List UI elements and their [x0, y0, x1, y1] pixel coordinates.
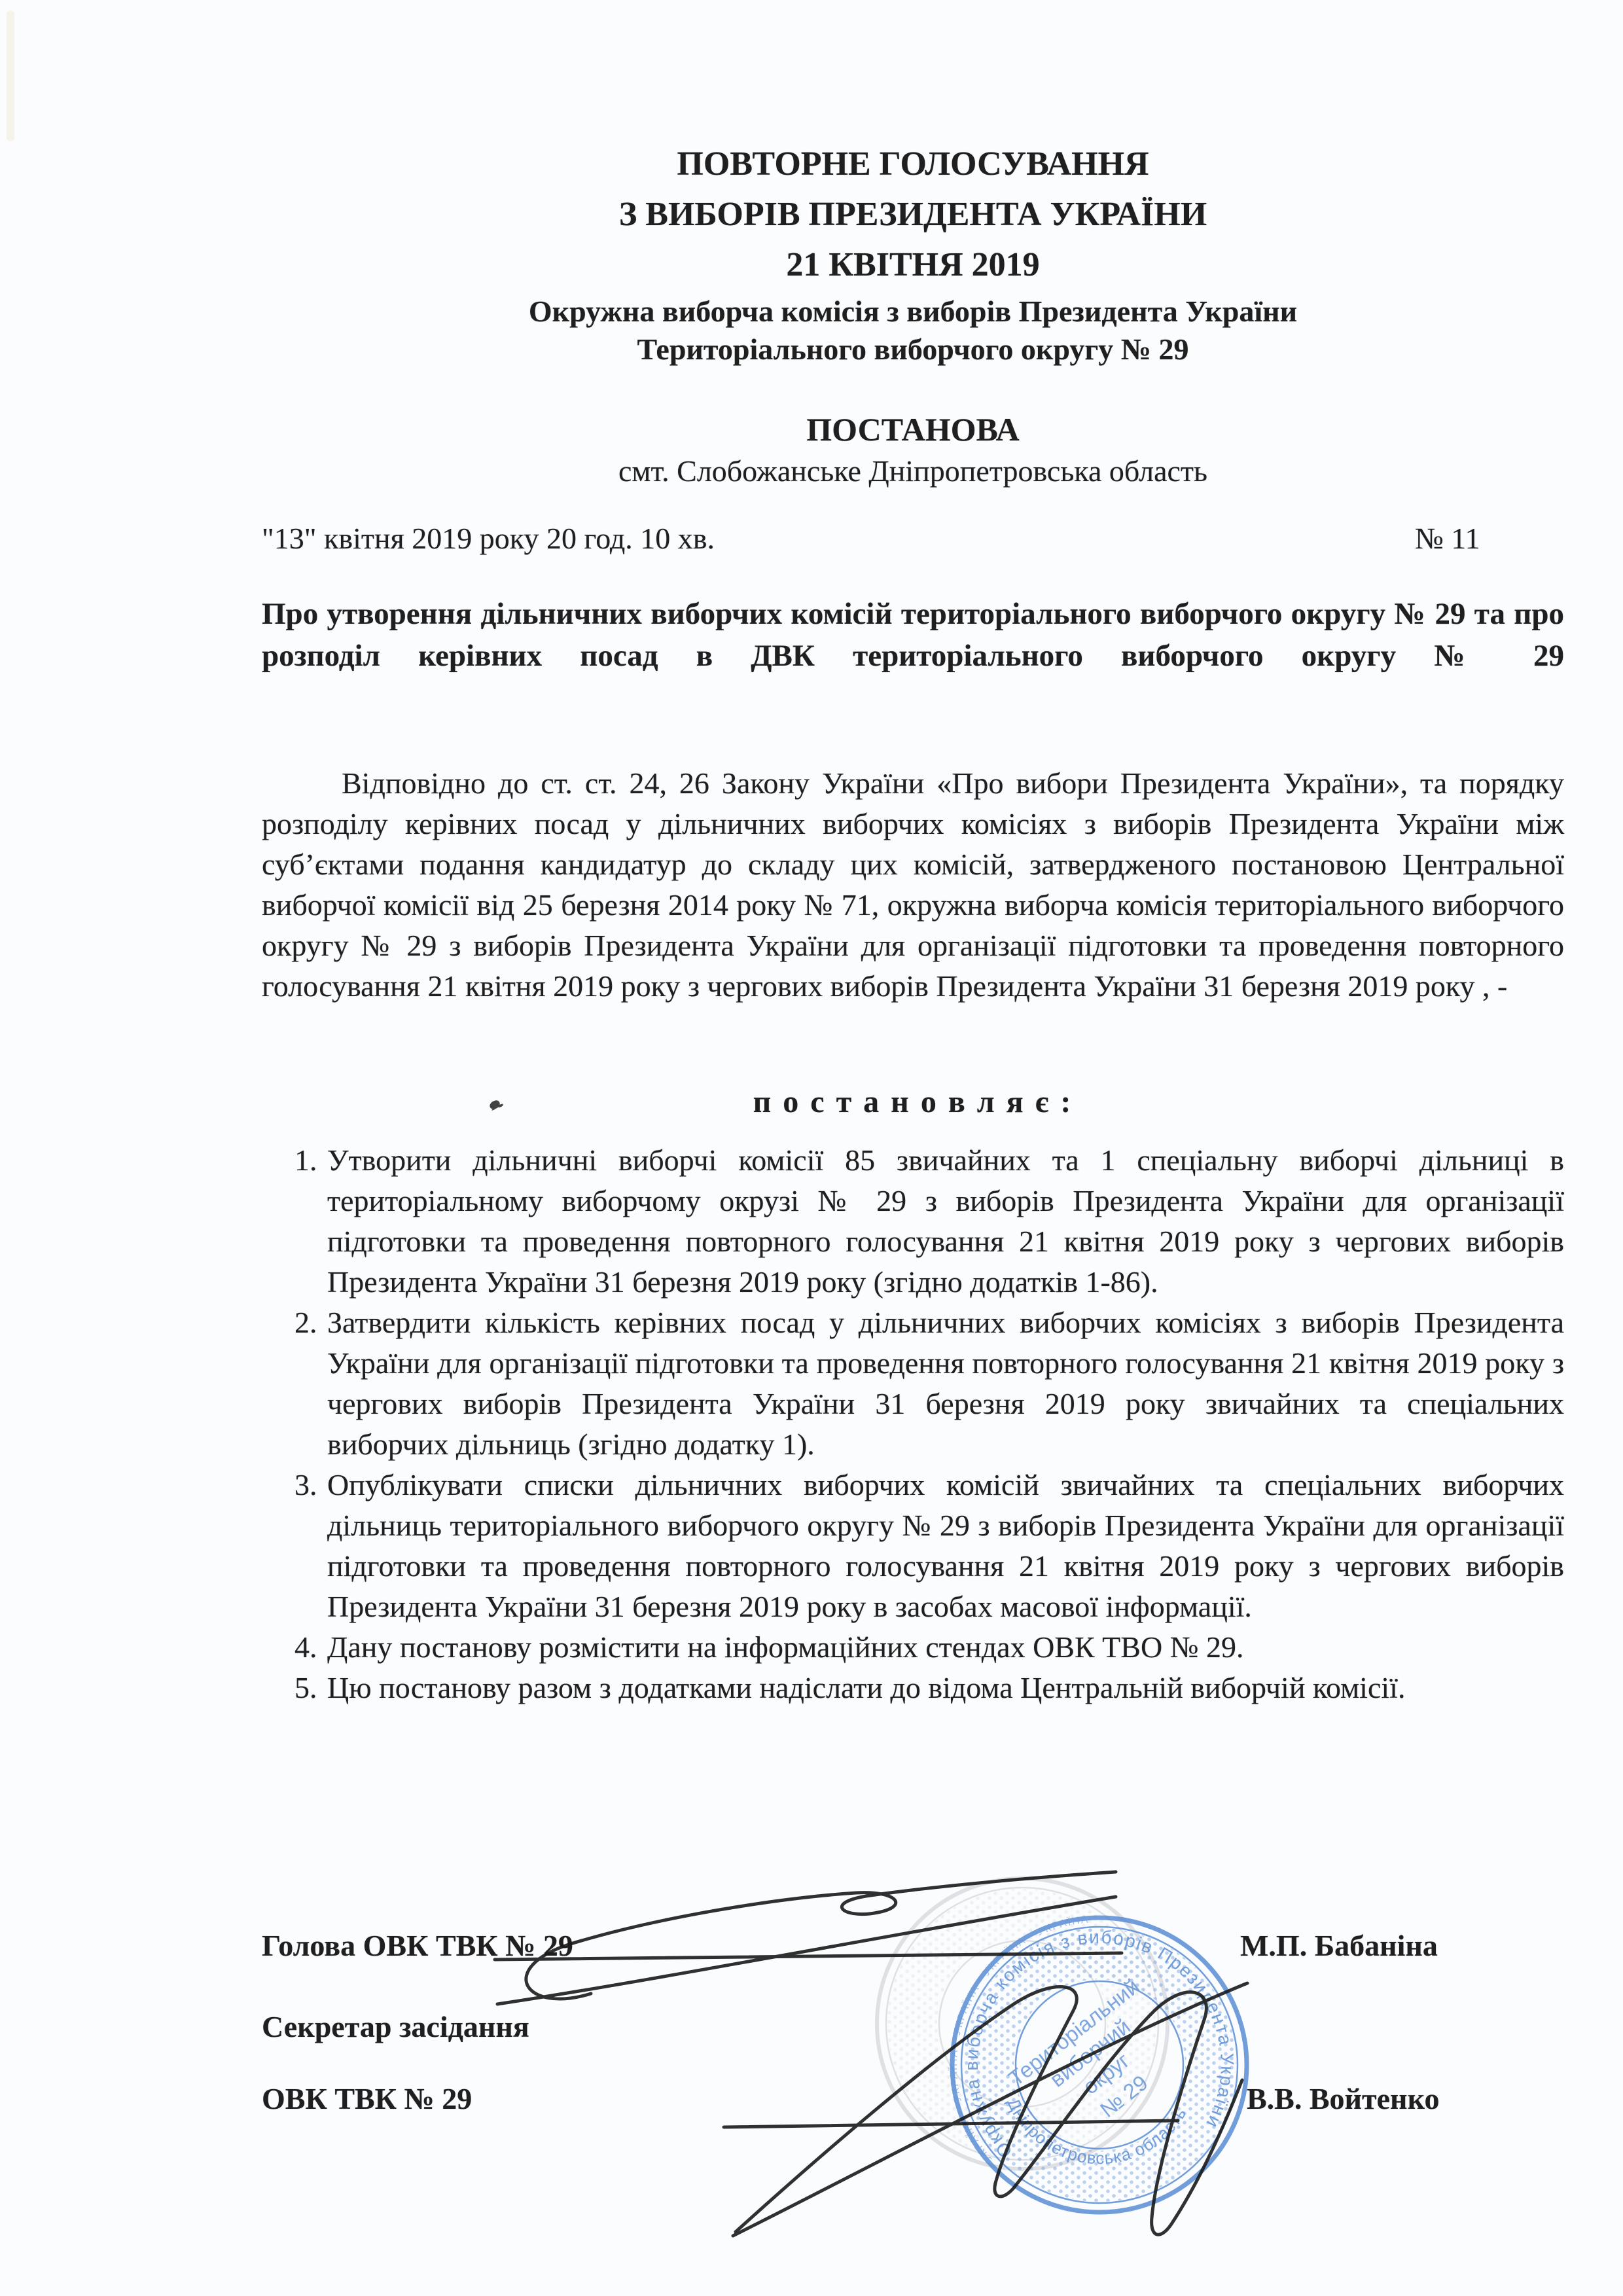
- list-item: 4.Дану постанову розмістити на інформаці…: [262, 1627, 1564, 1668]
- stamp-core-ring: [1016, 1981, 1183, 2149]
- signature-role-ovk: ОВК ТВК № 29: [262, 2081, 472, 2117]
- item-number: 1.: [294, 1140, 327, 1181]
- signature-stroke: [736, 1987, 1242, 2235]
- stamp-center-line: виборчий: [1045, 2014, 1135, 2091]
- item-text: Утворити дільничні виборчі комісії 85 зв…: [327, 1143, 1564, 1299]
- stamp-center-line: Територіальний: [1004, 1974, 1144, 2090]
- doc-location: смт. Слобожанське Дніпропетровська облас…: [262, 454, 1564, 488]
- commission-line-2: Територіального виборчого округу № 29: [262, 331, 1564, 368]
- signature-role-secretary: Секретар засідання: [262, 2009, 529, 2045]
- item-number: 3.: [294, 1465, 327, 1505]
- ghost-stamp-core-ring: [939, 1941, 1105, 2107]
- list-item: 5.Цю постанову разом з додатками надісла…: [262, 1668, 1564, 1708]
- doc-preamble: Відповідно до ст. ст. 24, 26 Закону Укра…: [262, 763, 1564, 1007]
- item-number: 2.: [294, 1302, 327, 1343]
- signature-stroke: [526, 1872, 1116, 1999]
- signature-underline: [724, 2121, 1178, 2127]
- ghost-stamp-dot-band: [912, 1914, 1132, 2134]
- resolution-items-list: 1.Утворити дільничні виборчі комісії 85 …: [262, 1140, 1564, 1708]
- stamp-dot-band: [988, 1954, 1211, 2176]
- header-line-1: ПОВТОРНЕ ГОЛОСУВАННЯ: [262, 139, 1564, 189]
- signature-stroke: [497, 1897, 1116, 2004]
- header-line-2: З ВИБОРІВ ПРЕЗИДЕНТА УКРАЇНИ: [262, 189, 1564, 240]
- item-text: Затвердити кількість керівних посад у ді…: [327, 1306, 1564, 1461]
- ghost-stamp-inner-ring: [886, 1888, 1158, 2160]
- document-header: ПОВТОРНЕ ГОЛОСУВАННЯ З ВИБОРІВ ПРЕЗИДЕНТ…: [262, 139, 1564, 290]
- handwritten-signature-secretary: [724, 1983, 1247, 2236]
- doc-type-title: ПОСТАНОВА: [262, 411, 1564, 448]
- commission-line-1: Окружна виборча комісія з виборів Презид…: [262, 293, 1564, 331]
- item-number: 5.: [294, 1668, 327, 1708]
- list-item: 3.Опублікувати списки дільничних виборчи…: [262, 1465, 1564, 1627]
- date-number-row: "13" квітня 2019 року 20 год. 10 хв. № 1…: [262, 522, 1564, 556]
- item-number: 4.: [294, 1627, 327, 1668]
- stamp-center-line: округ: [1079, 2048, 1134, 2099]
- commission-block: Окружна виборча комісія з виборів Презид…: [262, 293, 1564, 368]
- scan-edge-artifact: [7, 10, 14, 141]
- ghost-stamp-outer-ring: [877, 1878, 1168, 2169]
- doc-subject: Про утворення дільничних виборчих комісі…: [262, 593, 1564, 677]
- resolves-word: п о с т а н о в л я є :: [262, 1084, 1564, 1120]
- handwritten-signature-head: [495, 1872, 1122, 2004]
- ghost-stamp-impression: [877, 1878, 1168, 2169]
- signature-name-head: М.П. Бабаніна: [1240, 1928, 1438, 1964]
- stamp-micro-ring-text: • УКРАЇНА • УКРАЇНА • УКРАЇНА • УКРАЇНА …: [948, 1914, 1099, 2172]
- signature-underline: [495, 1953, 1122, 1960]
- doc-date-time: "13" квітня 2019 року 20 год. 10 хв.: [262, 522, 715, 555]
- signature-stroke: [733, 1983, 1247, 2236]
- stamp-ring-text: Окружна виборча комісія з виборів Презид…: [961, 1927, 1238, 2162]
- stamp-outer-ring: [952, 1918, 1247, 2212]
- stamp-center-line: № 29: [1096, 2070, 1152, 2122]
- round-seal-stamp: Окружна виборча комісія з виборів Презид…: [948, 1914, 1247, 2212]
- scanned-document-page: ПОВТОРНЕ ГОЛОСУВАННЯ З ВИБОРІВ ПРЕЗИДЕНТ…: [0, 0, 1623, 2296]
- signature-role-head: Голова ОВК ТВК № 29: [262, 1928, 573, 1964]
- header-line-3: 21 КВІТНЯ 2019: [262, 240, 1564, 290]
- doc-number: № 11: [1415, 522, 1480, 556]
- item-text: Опублікувати списки дільничних виборчих …: [327, 1468, 1564, 1623]
- item-text: Дану постанову розмістити на інформаційн…: [327, 1630, 1244, 1664]
- stamp-ring-bottom-text: Дніпропетровська область: [1003, 2095, 1190, 2168]
- stamp-center-text: Територіальний виборчий округ № 29: [1004, 1974, 1194, 2155]
- list-item: 1.Утворити дільничні виборчі комісії 85 …: [262, 1140, 1564, 1302]
- stamp-inner-ring: [961, 1927, 1238, 2203]
- signature-name-secretary: В.В. Войтенко: [1247, 2081, 1439, 2117]
- list-item: 2.Затвердити кількість керівних посад у …: [262, 1302, 1564, 1465]
- item-text: Цю постанову разом з додатками надіслати…: [327, 1671, 1405, 1704]
